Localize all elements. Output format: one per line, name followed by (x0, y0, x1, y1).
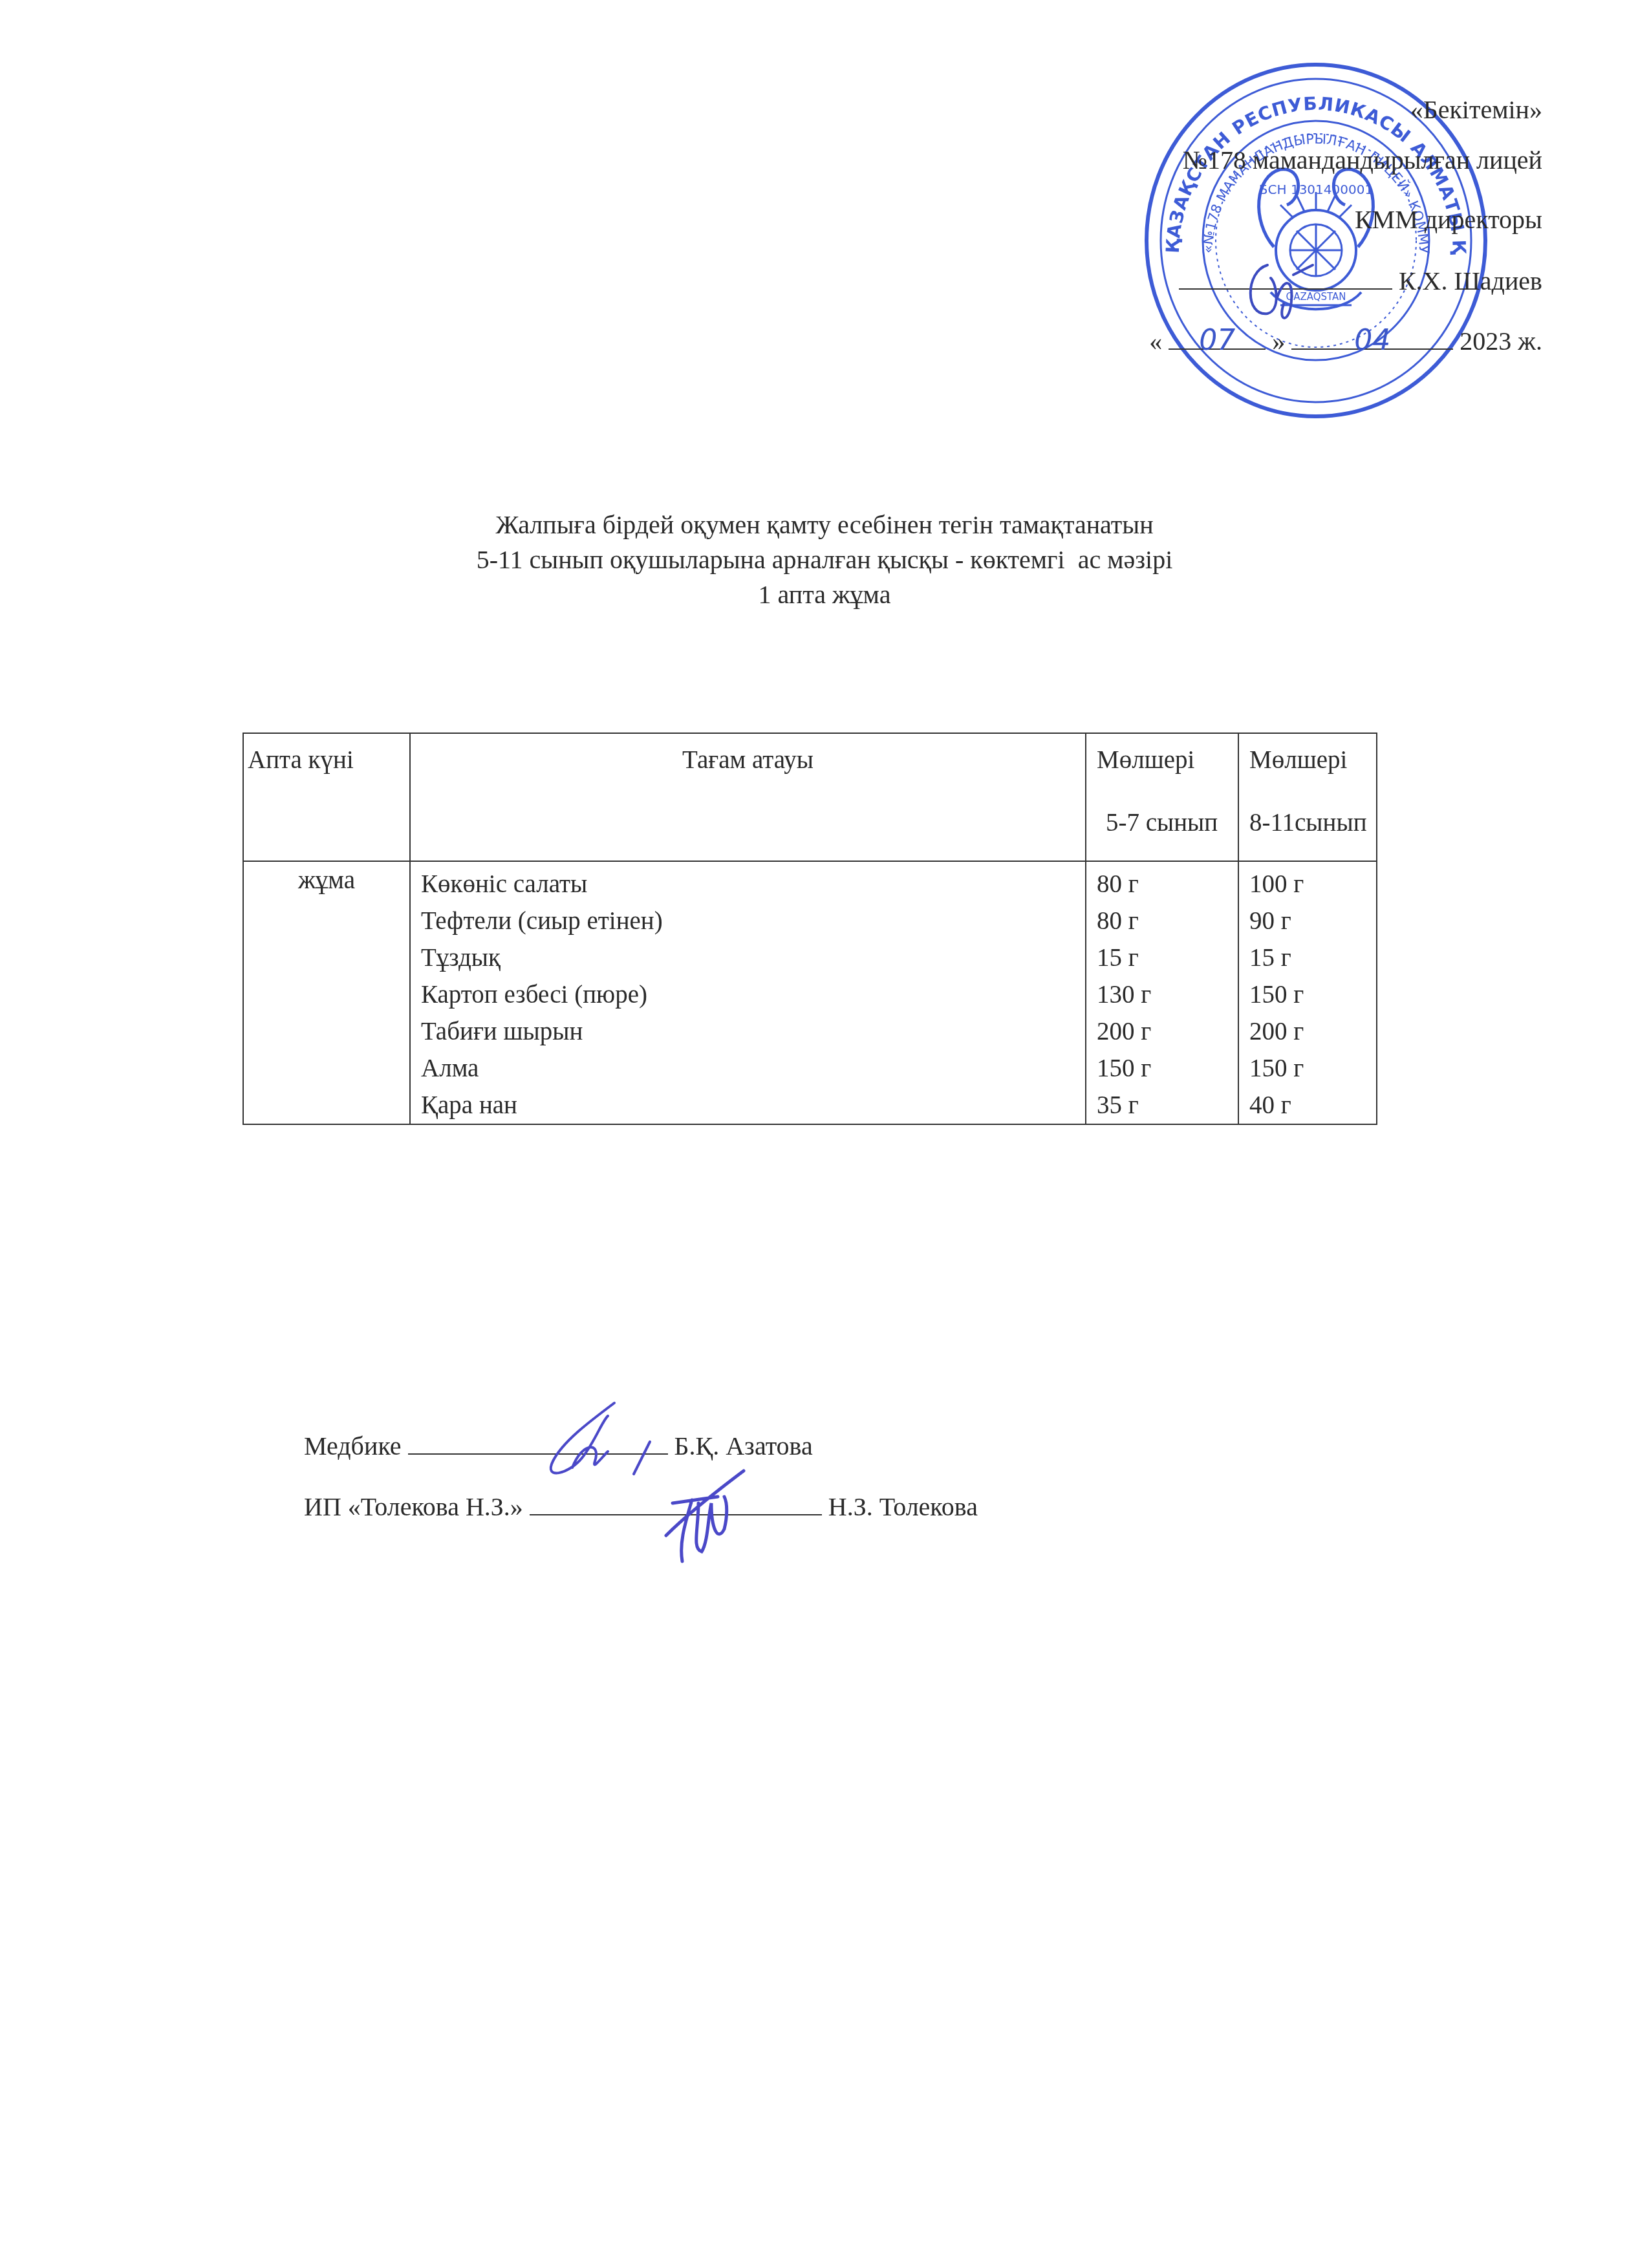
nurse-name: Б.Қ. Азатова (674, 1431, 813, 1460)
title-line-3: 1 апта жұма (0, 577, 1649, 612)
qty-8-11-value: 150 г (1249, 976, 1376, 1013)
qty-5-7-value: 200 г (1097, 1013, 1238, 1050)
header-qty-5-7-label: Мөлшері (1097, 746, 1194, 774)
date-year: 2023 ж. (1460, 326, 1542, 356)
supplier-label: ИП «Толекова Н.З.» (304, 1492, 523, 1521)
qty-5-7-value: 80 г (1097, 903, 1238, 939)
header-qty-8-11: Мөлшері 8-11сынып (1238, 733, 1377, 861)
dish-cell: Көкөніс салатыТефтели (сиыр етінен)Тұзды… (410, 861, 1086, 1124)
qty-5-7-value: 150 г (1097, 1050, 1238, 1087)
date-month-field: 04 (1291, 326, 1453, 350)
qty-5-7-value: 80 г (1097, 866, 1238, 903)
date-close-quote: » (1272, 326, 1285, 356)
qty-5-7-value: 15 г (1097, 939, 1238, 976)
dish-name: Алма (421, 1050, 1085, 1087)
nurse-signature-icon (511, 1396, 666, 1487)
qty-8-11-value: 150 г (1249, 1050, 1376, 1087)
menu-table: Апта күні Тағам атауы Мөлшері 5-7 сынып … (242, 733, 1377, 1125)
qty-8-11-value: 100 г (1249, 866, 1376, 903)
date-day: 07 (1199, 324, 1235, 357)
header-qty-8-11-label: Мөлшері (1249, 746, 1347, 774)
menu-title: Жалпыға бірдей оқумен қамту есебінен тег… (0, 508, 1649, 612)
table-header-row: Апта күні Тағам атауы Мөлшері 5-7 сынып … (243, 733, 1377, 861)
supplier-signature-icon (647, 1464, 757, 1568)
dish-name: Көкөніс салаты (421, 866, 1085, 903)
supplier-name: Н.З. Толекова (828, 1492, 978, 1521)
approve-word: «Бекітемін» (1410, 97, 1542, 123)
approval-date: « 07 » 04 2023 ж. (1149, 326, 1542, 354)
qty-8-11-cell: 100 г90 г15 г150 г200 г150 г40 г (1238, 861, 1377, 1124)
director-position: КММ директоры (1355, 207, 1542, 233)
header-qty-5-7-sub: 5-7 сынып (1097, 808, 1238, 837)
director-name: К.Х. Шадиев (1399, 266, 1542, 295)
stamp-bin: БСН 1301400001 (1259, 182, 1373, 197)
header-day: Апта күні (243, 733, 410, 861)
nurse-label: Медбике (304, 1431, 402, 1460)
dish-name: Тефтели (сиыр етінен) (421, 903, 1085, 939)
title-line-2: 5-11 сынып оқушыларына арналған қысқы - … (0, 542, 1649, 577)
date-open-quote: « (1149, 326, 1162, 356)
qty-5-7-list: 80 г80 г15 г130 г200 г150 г35 г (1086, 862, 1238, 1124)
date-month: 04 (1354, 324, 1390, 357)
header-qty-5-7: Мөлшері 5-7 сынып (1086, 733, 1238, 861)
table-row: жұма Көкөніс салатыТефтели (сиыр етінен)… (243, 861, 1377, 1124)
title-line-1: Жалпыға бірдей оқумен қамту есебінен тег… (0, 508, 1649, 542)
header-qty-8-11-sub: 8-11сынып (1249, 808, 1376, 837)
supplier-signature-row: ИП «Толекова Н.З.» Н.З. Толекова (304, 1490, 978, 1522)
qty-5-7-cell: 80 г80 г15 г130 г200 г150 г35 г (1086, 861, 1238, 1124)
dish-name: Табиғи шырын (421, 1013, 1085, 1050)
dish-name: Тұздық (421, 939, 1085, 976)
document-page: ҚАЗАҚСТАН РЕСПУБЛИКАСЫ АЛМАТЫ ҚАЛАСЫ БІЛ… (0, 0, 1649, 2268)
qty-8-11-value: 40 г (1249, 1087, 1376, 1124)
qty-5-7-value: 130 г (1097, 976, 1238, 1013)
header-dish: Тағам атауы (410, 733, 1086, 861)
qty-5-7-value: 35 г (1097, 1087, 1238, 1124)
dish-list: Көкөніс салатыТефтели (сиыр етінен)Тұзды… (411, 862, 1085, 1124)
director-signature-icon (1232, 239, 1322, 330)
dish-name: Қара нан (421, 1087, 1085, 1124)
dish-name: Картоп езбесі (пюре) (421, 976, 1085, 1013)
institution-name: №178 мамандандырылған лицей (1183, 147, 1542, 173)
day-cell: жұма (243, 861, 410, 1124)
qty-8-11-value: 90 г (1249, 903, 1376, 939)
qty-8-11-value: 15 г (1249, 939, 1376, 976)
date-day-field: 07 (1169, 326, 1266, 350)
qty-8-11-value: 200 г (1249, 1013, 1376, 1050)
qty-8-11-list: 100 г90 г15 г150 г200 г150 г40 г (1239, 862, 1376, 1124)
